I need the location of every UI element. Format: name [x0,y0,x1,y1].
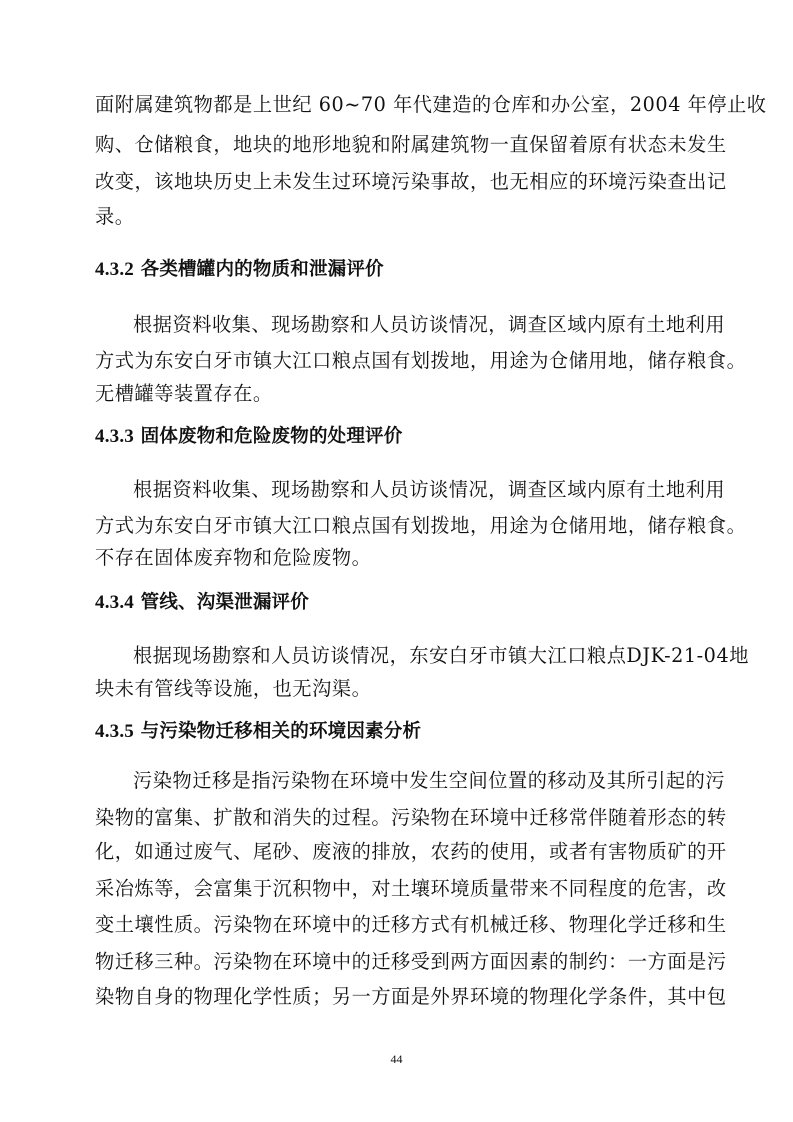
paragraph-line: 根据现场勘察和人员访谈情况，东安白牙市镇大江口粮点DJK-21-04地 [133,644,738,668]
paragraph-line: 录。 [95,205,700,229]
paragraph-line: 块未有管线等设施，也无沟渠。 [95,677,700,701]
section-title: 各类槽罐内的物质和泄漏评价 [141,259,384,280]
page-number: 44 [0,1052,793,1067]
paragraph-line: 不存在固体废弃物和危险废物。 [95,546,700,570]
paragraph-line: 改变，该地块历史上未发生过环境污染事故，也无相应的环境污染查出记 [95,170,700,194]
paragraph-line: 根据资料收集、现场勘察和人员访谈情况，调查区域内原有土地利用 [133,478,738,502]
paragraph-line: 染物的富集、扩散和消失的过程。污染物在环境中迁移常伴随着形态的转 [95,806,700,830]
paragraph-line: 物迁移三种。污染物在环境中的迁移受到两方面因素的制约：一方面是污 [95,950,700,974]
section-number: 4.3.2 [95,259,134,280]
section-heading-4-3-5: 4.3.5 与污染物迁移相关的环境因素分析 [95,720,421,744]
section-number: 4.3.3 [95,426,134,447]
paragraph-line: 根据资料收集、现场勘察和人员访谈情况，调查区域内原有土地利用 [133,313,738,337]
paragraph-line: 采冶炼等，会富集于沉积物中，对土壤环境质量带来不同程度的危害，改 [95,877,700,901]
paragraph-line: 无槽罐等装置存在。 [95,382,700,406]
paragraph-line: 方式为东安白牙市镇大江口粮点国有划拨地，用途为仓储用地，储存粮食。 [95,349,700,373]
section-heading-4-3-4: 4.3.4 管线、沟渠泄漏评价 [95,591,309,615]
section-title: 管线、沟渠泄漏评价 [141,592,309,613]
section-number: 4.3.4 [95,592,134,613]
paragraph-line: 变土壤性质。污染物在环境中的迁移方式有机械迁移、物理化学迁移和生 [95,913,700,937]
paragraph-line: 染物自身的物理化学性质；另一方面是外界环境的物理化学条件，其中包 [95,985,700,1009]
section-title: 固体废物和危险废物的处理评价 [141,426,403,447]
section-heading-4-3-3: 4.3.3 固体废物和危险废物的处理评价 [95,425,402,449]
paragraph-line: 购、仓储粮食，地块的地形地貌和附属建筑物一直保留着原有状态未发生 [95,133,700,157]
section-heading-4-3-2: 4.3.2 各类槽罐内的物质和泄漏评价 [95,258,384,282]
section-number: 4.3.5 [95,721,134,742]
section-title: 与污染物迁移相关的环境因素分析 [141,721,422,742]
paragraph-line: 面附属建筑物都是上世纪 60~70 年代建造的仓库和办公室，2004 年停止收 [95,93,700,117]
paragraph-line: 化，如通过废气、尾砂、废液的排放，农药的使用，或者有害物质矿的开 [95,840,700,864]
paragraph-line: 方式为东安白牙市镇大江口粮点国有划拨地，用途为仓储用地，储存粮食。 [95,514,700,538]
paragraph-line: 污染物迁移是指污染物在环境中发生空间位置的移动及其所引起的污 [133,769,738,793]
